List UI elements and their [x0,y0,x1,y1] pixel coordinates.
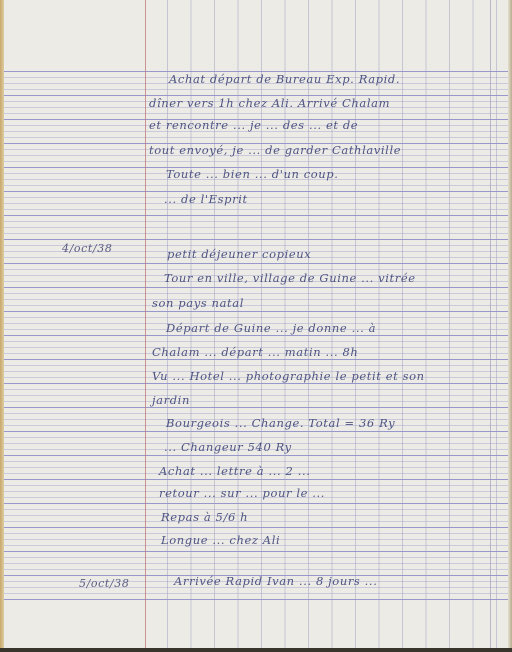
handwritten-line: Toute ... bien ... d'un coup. [166,167,339,181]
handwritten-line: Chalam ... départ ... matin ... 8h [152,345,358,359]
notebook-page: Achat départ de Bureau Exp. Rapid. dîner… [4,0,508,648]
entry-date: 5/oct/38 [79,577,129,590]
right-column-line [490,0,491,648]
handwritten-line: Longue ... chez Ali [161,533,280,547]
handwritten-line: Achat ... lettre à ... 2 ... [159,464,310,478]
handwritten-line: jardin [152,393,190,407]
handwritten-line: dîner vers 1h chez Ali. Arrivé Chalam [149,96,390,110]
margin-line [145,0,146,648]
handwritten-line: Vu ... Hotel ... photographie le petit e… [152,369,425,383]
handwritten-line: Arrivée Rapid Ivan ... 8 jours ... [174,574,377,588]
handwritten-line: tout envoyé, je ... de garder Cathlavill… [149,143,401,157]
handwritten-line: ... de l'Esprit [164,192,248,206]
handwritten-line: son pays natal [152,296,244,310]
handwritten-line: Départ de Guine ... je donne ... à [166,321,376,335]
handwritten-line: Repas à 5/6 h [161,510,248,524]
handwritten-line: petit déjeuner copieux [167,247,311,261]
page-edge-right [508,0,512,652]
handwritten-line: retour ... sur ... pour le ... [159,486,325,500]
handwritten-line: Achat départ de Bureau Exp. Rapid. [169,72,400,86]
handwritten-line: Tour en ville, village de Guine ... vitr… [164,271,416,285]
binding-edge-bottom [0,648,512,652]
handwritten-line: ... Changeur 540 Ry [164,440,292,454]
entry-date: 4/oct/38 [62,242,112,255]
handwritten-line: et rencontre ... je ... des ... et de [149,118,358,132]
handwritten-line: Bourgeois ... Change. Total = 36 Ry [166,416,395,430]
